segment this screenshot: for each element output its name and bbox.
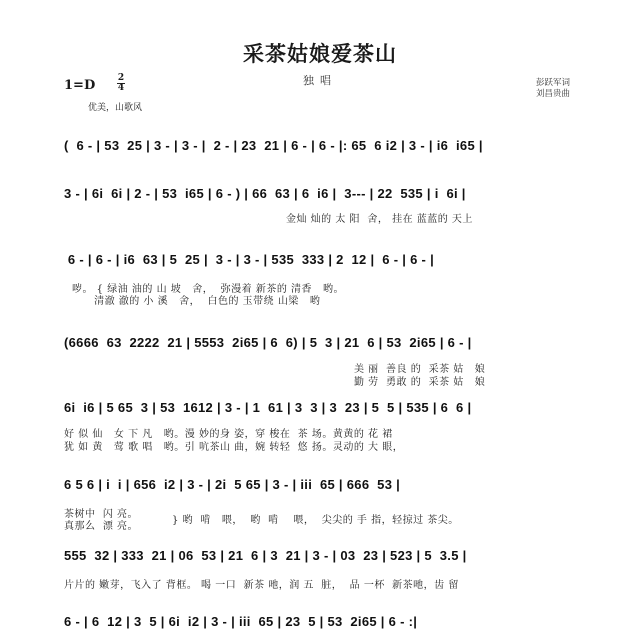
- key-signature: 1=D: [64, 78, 95, 93]
- lyric-line: 勤 劳 勇敢 的 采茶 姑 娘: [354, 373, 485, 388]
- lyric-line: 金灿 灿的 太 阳 舍， 挂在 蓝蓝的 天上: [286, 210, 473, 225]
- lyric-line: 犹 如 黄 莺 歌 唱 哟。引 吭茶山 曲，婉 转轻 悠 扬。灵动的 大 眼，: [64, 438, 403, 453]
- notation-line: 3 - | 6i 6i | 2 - | 53 i65 | 6 - ) | 66 …: [64, 186, 466, 201]
- notation-line: 6 5 6 | i i | 656 i2 | 3 - | 2i 5 65 | 3…: [64, 477, 400, 492]
- notation-line: 555 32 | 333 21 | 06 53 | 21 6 | 3 21 | …: [64, 548, 467, 563]
- notation-line: ( 6 - | 53 25 | 3 - | 3 - | 2 - | 23 21 …: [64, 138, 483, 153]
- notation-line: (6666 63 2222 21 | 5553 2i65 | 6 6) | 5 …: [64, 335, 472, 350]
- time-signature: 2 4: [116, 74, 126, 93]
- notation-line: 6 - | 6 - | i6 63 | 5 25 | 3 - | 3 - | 5…: [64, 252, 434, 267]
- tempo-marking: 优美，山歌风: [88, 100, 142, 113]
- credits: 彭跃军词 刘昌贵曲: [536, 78, 570, 100]
- lyric-line: 清澈 澈的 小 溪 舍， 白色的 玉带绕 山梁 哟: [72, 292, 320, 307]
- lyric-line: } 哟 啃 喂， 哟 啃 喂， 尖尖的 手 指，轻掠过 茶尖。: [172, 511, 459, 526]
- song-title: 采茶姑娘爱茶山: [0, 38, 640, 68]
- time-denominator: 4: [118, 83, 124, 93]
- composer: 刘昌贵曲: [536, 89, 570, 100]
- notation-line: 6 - | 6 12 | 3 5 | 6i i2 | 3 - | iii 65 …: [64, 614, 417, 629]
- time-numerator: 2: [118, 73, 124, 83]
- lyric-line: 片片的 嫩芽，飞入了 背框。 喝 一口 新茶 吔，润 五 脏， 品 一杯 新茶吔…: [64, 576, 459, 591]
- lyric-line: 真那么 漂 亮。: [64, 517, 138, 532]
- lyricist: 彭跃军词: [536, 78, 570, 89]
- notation-line: 6i i6 | 5 65 3 | 53 1612 | 3 - | 1 61 | …: [64, 400, 471, 415]
